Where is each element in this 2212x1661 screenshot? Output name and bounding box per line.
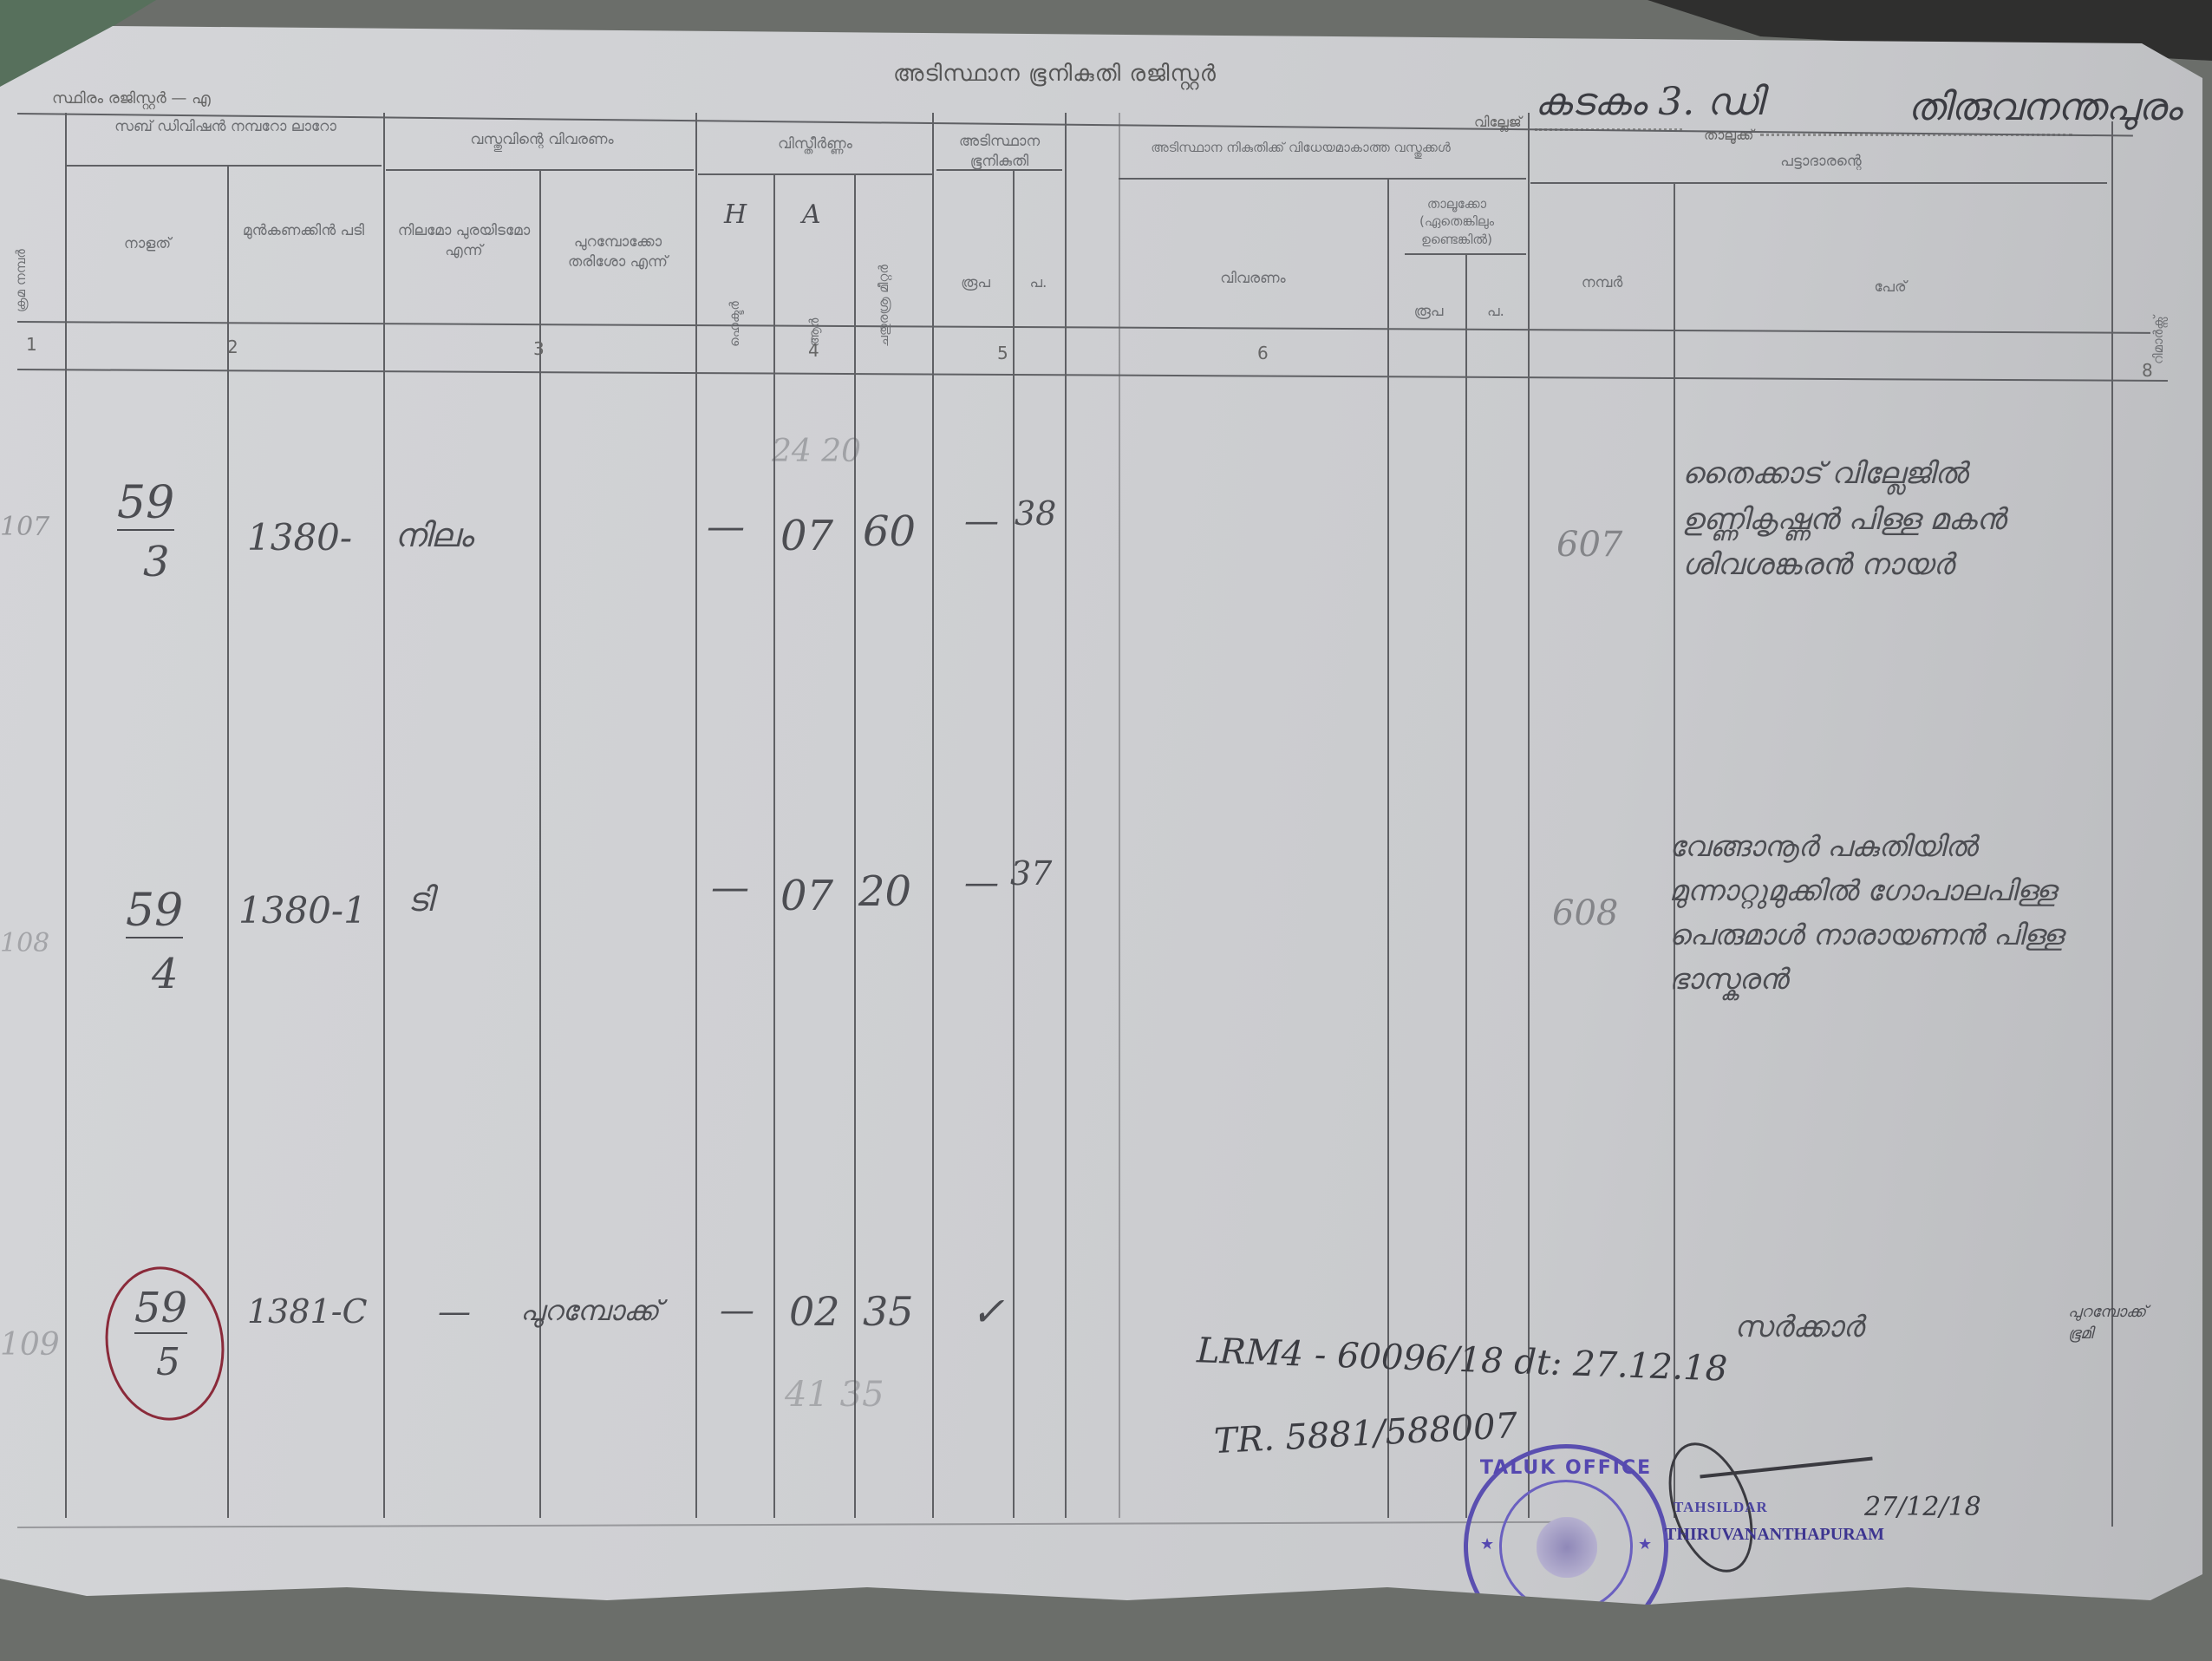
col-divider — [65, 113, 67, 1518]
stamp-inner-ring — [1499, 1480, 1633, 1613]
header-hectare: ഹെക്ടർ — [727, 278, 742, 347]
row2-tax-rupees: — — [964, 863, 999, 903]
row2-are: 07 — [780, 872, 833, 920]
officer-place: THIRUVANANTHAPURAM — [1665, 1525, 1884, 1545]
col-divider — [1387, 178, 1389, 1518]
row3-old-account: 1381-C — [247, 1292, 368, 1331]
stamp-bottom-text: THIRUVANANTHAPURAM — [1468, 1606, 1664, 1622]
row1-survey-sub: 3 — [143, 538, 170, 586]
row3-are: 02 — [789, 1288, 840, 1335]
header-exempt-taluk: താലൂക്കോ (ഏതെങ്കിലും ഉണ്ടെങ്കിൽ) — [1392, 195, 1522, 248]
row3-survey-sub: 5 — [156, 1340, 180, 1384]
row3-pattadar-name: സർക്കാർ — [1734, 1310, 1863, 1344]
col-divider — [773, 173, 775, 1518]
star-icon: ★ — [1638, 1535, 1652, 1553]
subheader-rule — [1530, 182, 2107, 184]
row1-pattadar-no: 607 — [1556, 525, 1622, 565]
row1-hectare: — — [707, 505, 745, 549]
row2-survey-sub: 4 — [152, 950, 179, 998]
signature-date: 27/12/18 — [1864, 1492, 1981, 1522]
header-remarks: റിമാർക്സ് — [2150, 243, 2166, 364]
col-divider — [932, 113, 934, 1518]
row2-land-type: ടി — [408, 880, 433, 919]
row1-serial: 107 — [0, 512, 49, 542]
header-pattadar-name: പേര് — [1682, 278, 2098, 298]
header-land-type: നിലമോ പുരയിടമോ എന്ന് — [395, 221, 533, 261]
row1-pattadar-name: തൈക്കാട് വില്ലേജിൽ ഉണ്ണികൃഷ്ണൻ പിള്ള മകൻ… — [1682, 451, 2090, 588]
row1-old-account: 1380- — [247, 516, 352, 559]
row3-land-type: — — [438, 1292, 471, 1331]
taluk-office-stamp: TALUK OFFICE ★ ★ THIRUVANANTHAPURAM — [1464, 1444, 1668, 1649]
header-serial: ക്രമ നമ്പർ — [13, 182, 29, 312]
header-area: വിസ്തീർണ്ണം — [711, 134, 919, 154]
row2-sqm: 20 — [858, 867, 911, 916]
row1-tax-rupees: — — [964, 501, 999, 541]
header-tax-rupees: രൂപ — [945, 273, 1006, 293]
document-title: അടിസ്ഥാന ഭൂനികുതി രജിസ്റ്റർ — [893, 59, 1217, 89]
row1-prev-area: 24 20 — [772, 434, 861, 469]
header-bottom-rule — [17, 321, 2150, 334]
col-divider — [1528, 113, 1530, 1518]
col-divider — [1065, 113, 1067, 1518]
col-num-1: 1 — [26, 334, 37, 355]
header-survey-no: നാളത് — [78, 234, 217, 254]
subheader-rule — [65, 165, 382, 167]
col-num-3: 3 — [533, 338, 545, 359]
row3-hectare: — — [720, 1291, 754, 1331]
row1-are: 07 — [780, 512, 833, 560]
col-divider — [1465, 253, 1467, 1518]
taluk-label: താലൂക്ക് — [1704, 126, 1754, 145]
register-page: അടിസ്ഥാന ഭൂനികുതി രജിസ്റ്റർ സ്ഥിരം രജിസ്… — [0, 26, 2202, 1661]
row2-tax-paise: 37 — [1010, 854, 1052, 893]
row3-sqm: 35 — [863, 1288, 914, 1335]
row3-prev-area: 41 35 — [785, 1375, 884, 1415]
taluk-value: തിരുവനന്തപുരം — [1908, 85, 2182, 129]
table-bottom-rule — [17, 1521, 1578, 1528]
header-sqm: ചതുരശ്ര മീറ്റർ — [876, 217, 891, 347]
col-divider — [854, 173, 856, 1518]
header-tax-paise: പ. — [1015, 273, 1062, 293]
col-num-5: 5 — [997, 343, 1008, 363]
col-num-6: 6 — [1257, 343, 1269, 363]
row2-hectare: — — [711, 866, 749, 910]
row3-poramboke: പുറമ്പോക്ക് — [520, 1294, 659, 1328]
row2-old-account: 1380-1 — [238, 889, 367, 932]
row2-serial: 108 — [0, 928, 49, 958]
header-pattadar: പട്ടാദാരന്റെ — [1543, 152, 2098, 172]
row2-pattadar-name: വേങ്ങാനൂർ പകുതിയിൽ മുന്നാറ്റുമുക്കിൽ ഗോപ… — [1669, 824, 2085, 1002]
col-num-8: 8 — [2142, 360, 2153, 381]
village-value: കടകം 3. ഡി — [1535, 80, 1763, 124]
row3-tax-mark: ✓ — [971, 1288, 1005, 1335]
header-exempt-paise: പ. — [1470, 302, 1522, 322]
officer-title: TAHSILDAR — [1674, 1499, 1768, 1516]
header-exempt-rupees: രൂപ — [1396, 302, 1461, 322]
row1-sqm: 60 — [863, 507, 916, 556]
header-old-account: മുൻകണക്കിൻ പടി — [234, 221, 373, 241]
header-are: ആർ — [806, 278, 822, 347]
header-hectare-mark: H — [724, 199, 747, 230]
form-number: സ്ഥിരം രജിസ്റ്റർ — എ — [52, 88, 211, 109]
row3-serial: 109 — [0, 1327, 60, 1363]
stamp-top-text: TALUK OFFICE — [1468, 1457, 1664, 1479]
header-subdivision: സബ് ഡിവിഷൻ നമ്പറോ ലാറോ — [95, 117, 356, 137]
header-pattadar-no: നമ്പർ — [1535, 273, 1669, 293]
header-basic-tax: അടിസ്ഥാന ഭൂനികുതി — [936, 132, 1062, 172]
row1-survey-num: 59 — [117, 477, 174, 531]
row1-tax-paise: 38 — [1015, 494, 1056, 533]
tr-reference: TR. 5881/588007 — [1213, 1406, 1518, 1462]
col-divider — [383, 113, 385, 1518]
header-exempt: അടിസ്ഥാന നികുതിക്ക് വിധേയമാകാത്ത വസ്തുക്… — [1075, 139, 1526, 156]
colnum-bottom-rule — [17, 369, 2168, 382]
header-exempt-desc: വിവരണം — [1127, 269, 1379, 289]
subheader-rule — [1119, 178, 1526, 180]
star-icon: ★ — [1480, 1535, 1494, 1553]
subheader-rule — [698, 173, 932, 175]
col-divider — [1013, 169, 1015, 1518]
header-poramboke: പുറമ്പോക്കോ തരിശോ എന്ന് — [546, 232, 689, 272]
row3-remark: പുറമ്പോക്ക് ഭൂമി — [2068, 1301, 2120, 1344]
col-divider — [695, 113, 697, 1518]
row2-survey-num: 59 — [126, 885, 183, 938]
col-divider — [227, 165, 229, 1518]
row1-land-type: നിലം — [395, 516, 473, 555]
row2-pattadar-no: 608 — [1552, 893, 1618, 933]
col-num-2: 2 — [227, 337, 238, 357]
col-num-4: 4 — [808, 340, 819, 361]
kerala-emblem-icon — [1537, 1517, 1597, 1578]
row3-survey-num: 59 — [134, 1284, 187, 1334]
lrm-reference: LRM4 - 60096/18 dt: 27.12.18 — [1196, 1331, 1728, 1389]
header-property-desc: വസ്തുവിന്റെ വിവരണം — [399, 130, 685, 150]
page-fold — [1119, 113, 1120, 1518]
header-are-mark: A — [802, 199, 821, 230]
